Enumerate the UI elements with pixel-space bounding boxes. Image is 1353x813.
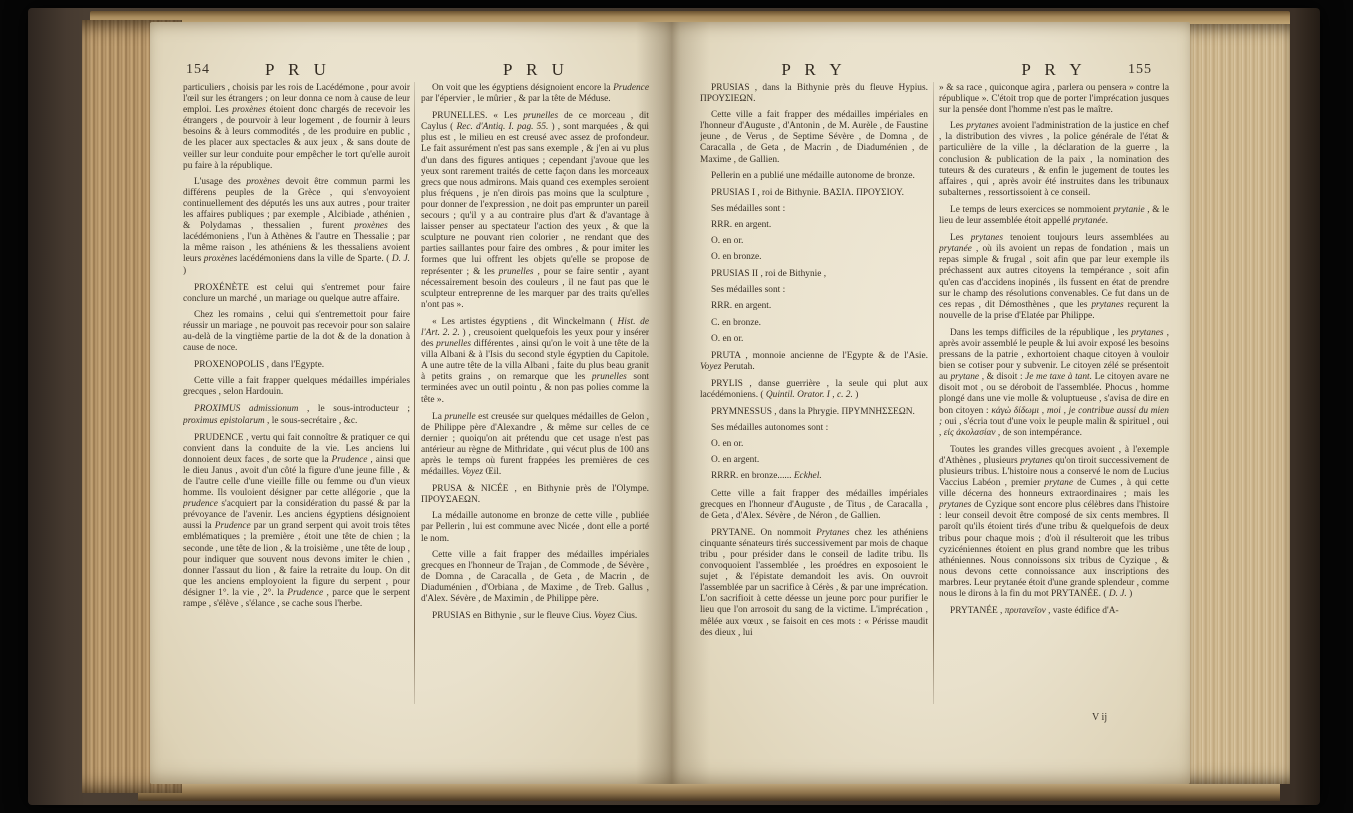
photo-scene: 154 P R U P R U particuliers , choisis p… xyxy=(0,0,1353,813)
right-page-block-edge xyxy=(1186,24,1290,784)
paragraph: PRYLIS , danse guerrière , la seule qui … xyxy=(700,379,928,401)
paragraph: Dans les temps difficiles de la républiq… xyxy=(939,328,1169,439)
paragraph: Ses médailles autonomes sont : xyxy=(700,423,928,434)
paragraph: PRUSIAS II , roi de Bithynie , xyxy=(700,269,928,280)
paragraph: PRUSIAS en Bithynie , sur le fleuve Cius… xyxy=(421,611,649,622)
paragraph: On voit que les égyptiens désignoient en… xyxy=(421,83,649,105)
paragraph: Pellerin en a publié une médaille autono… xyxy=(700,171,928,182)
text-column-1: particuliers , choisis par les rois de L… xyxy=(183,83,410,707)
paragraph: PRUSA & NICÉE , en Bithynie près de l'Ol… xyxy=(421,484,649,506)
paragraph: O. en bronze. xyxy=(700,252,928,263)
paragraph: PROXENOPOLIS , dans l'Egypte. xyxy=(183,360,410,371)
paragraph: PRYMNESSUS , dans la Phrygie. ΠΡΥΜΝΗΣΣΕΩ… xyxy=(700,407,928,418)
paragraph: « Les artistes égyptiens , dit Winckelma… xyxy=(421,317,649,406)
paragraph: O. en or. xyxy=(700,236,928,247)
paragraph: La prunelle est creusée sur quelques méd… xyxy=(421,412,649,479)
page-number-right: 155 xyxy=(1128,62,1152,78)
paragraph: PRUTA , monnoie ancienne de l'Egypte & d… xyxy=(700,351,928,373)
paragraph: Cette ville a fait frapper des médailles… xyxy=(700,489,928,522)
text-column-2: On voit que les égyptiens désignoient en… xyxy=(421,83,649,707)
paragraph: PRUSIAS I , roi de Bithynie. ΒΑΣΙΛ. ΠΡΟΥ… xyxy=(700,188,928,199)
running-head-pru-2: P R U xyxy=(422,60,650,80)
paragraph: PROXIMUS admissionum , le sous-introduct… xyxy=(183,404,410,426)
paragraph: Cette ville a fait frapper des médailles… xyxy=(700,110,928,165)
paragraph: RRRR. en bronze...... Eckhel. xyxy=(700,471,928,482)
paragraph: L'usage des proxènes devoit être commun … xyxy=(183,177,410,277)
column-rule xyxy=(414,82,415,704)
column-rule xyxy=(933,82,934,704)
paragraph: Toutes les grandes villes grecques avoie… xyxy=(939,445,1169,600)
left-page: 154 P R U P R U particuliers , choisis p… xyxy=(150,22,672,784)
running-head-pry-1: P R Y xyxy=(700,60,928,80)
text-column-4: » & sa race , quiconque agira , parlera … xyxy=(939,83,1169,707)
text-column-3: PRUSIAS , dans la Bithynie près du fleuv… xyxy=(700,83,928,707)
paragraph: C. en bronze. xyxy=(700,318,928,329)
paragraph: RRR. en argent. xyxy=(700,220,928,231)
paragraph: Le temps de leurs exercices se nommoient… xyxy=(939,205,1169,227)
paragraph: O. en argent. xyxy=(700,455,928,466)
paragraph: PRUDENCE , vertu qui fait connoître & pr… xyxy=(183,433,410,611)
paragraph: Les prytanes avoient l'administration de… xyxy=(939,121,1169,199)
book-bottom-page-edges xyxy=(138,783,1280,801)
paragraph: La médaille autonome en bronze de cette … xyxy=(421,511,649,544)
running-head-pru-1: P R U xyxy=(182,60,414,80)
paragraph: Chez les romains , celui qui s'entremett… xyxy=(183,310,410,354)
paragraph: » & sa race , quiconque agira , parlera … xyxy=(939,83,1169,116)
paragraph: Ses médailles sont : xyxy=(700,285,928,296)
paragraph: Ses médailles sont : xyxy=(700,204,928,215)
right-page: P R Y P R Y 155 PRUSIAS , dans la Bithyn… xyxy=(672,22,1190,784)
paragraph: Cette ville a fait frapper quelques méda… xyxy=(183,376,410,398)
paragraph: particuliers , choisis par les rois de L… xyxy=(183,83,410,172)
paragraph: PRYTANÉE , πρυτανεῖον , vaste édifice d'… xyxy=(939,606,1169,617)
paragraph: RRR. en argent. xyxy=(700,301,928,312)
paragraph: PRUSIAS , dans la Bithynie près du fleuv… xyxy=(700,83,928,105)
paragraph: O. en or. xyxy=(700,439,928,450)
paragraph: O. en or. xyxy=(700,334,928,345)
paragraph: PROXÉNÈTE est celui qui s'entremet pour … xyxy=(183,283,410,305)
paragraph: PRUNELLES. « Les prunelles de ce morceau… xyxy=(421,111,649,311)
signature-mark: V ij xyxy=(1092,712,1107,723)
paragraph: Les prytanes tenoient toujours leurs ass… xyxy=(939,233,1169,322)
paragraph: PRYTANE. On nommoit Prytanes chez les at… xyxy=(700,528,928,639)
paragraph: Cette ville a fait frapper des médailles… xyxy=(421,550,649,605)
